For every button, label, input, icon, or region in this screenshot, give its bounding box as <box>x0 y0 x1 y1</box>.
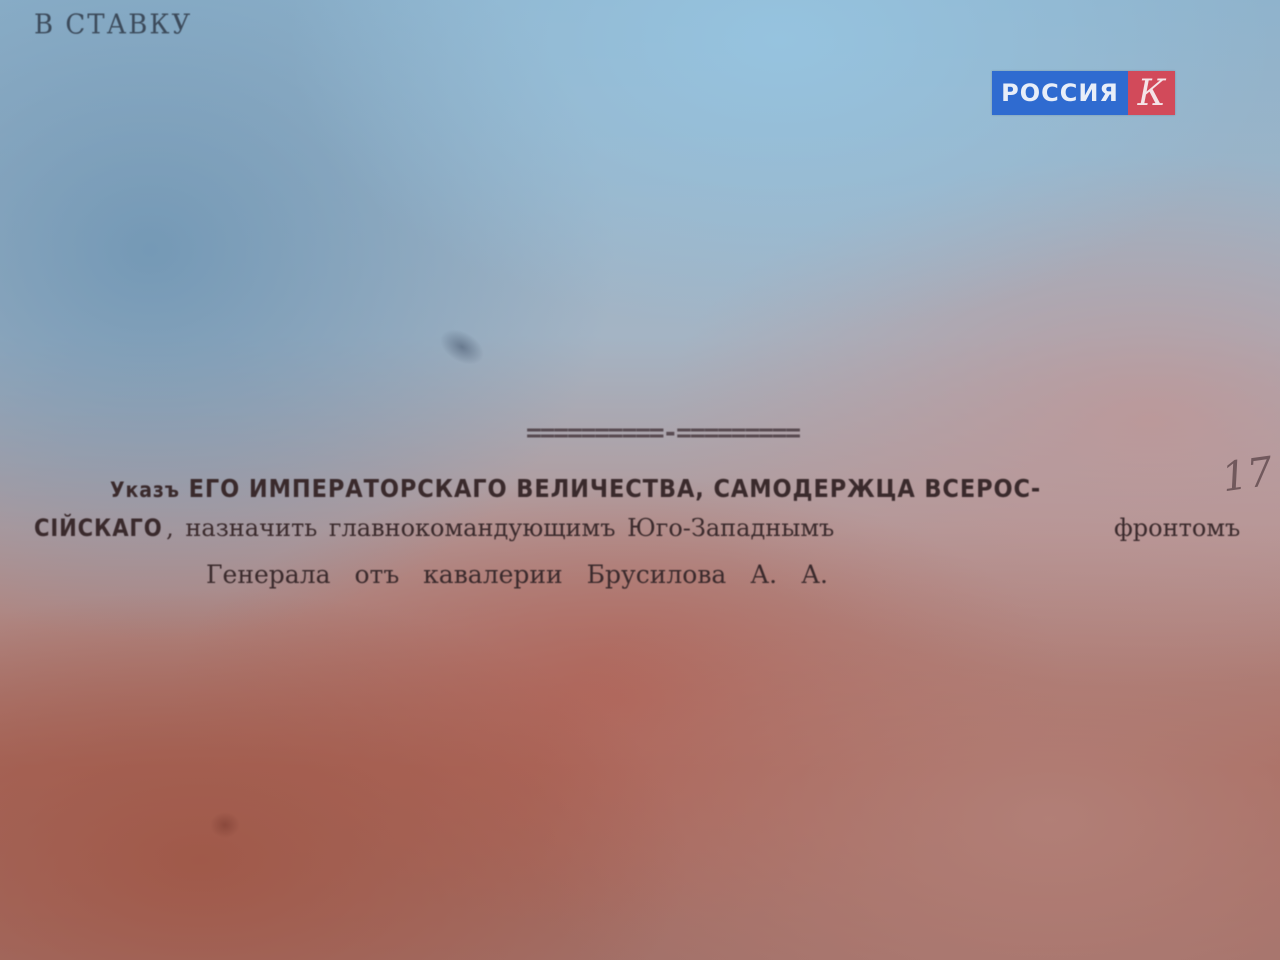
decree-front-word: фронтомъ <box>1114 514 1240 542</box>
channel-logo: РОССИЯ К <box>992 71 1175 115</box>
channel-logo-letter: К <box>1128 71 1175 115</box>
ink-smudge <box>210 812 240 838</box>
handwritten-mark: 17 <box>1219 449 1276 502</box>
decree-title-caps-continued: СІЙСКАГО <box>34 514 163 542</box>
typed-divider: ==========-========= <box>526 418 799 448</box>
decree-line-3: Генерала отъ кавалерии Брусилова А. А. <box>206 560 828 589</box>
decree-line-1: Указъ ЕГО ИМПЕРАТОРСКАГО ВЕЛИЧЕСТВА, САМ… <box>110 474 1041 503</box>
decree-line-2: СІЙСКАГО, назначить главнокомандующимъ Ю… <box>34 514 834 544</box>
decree-appointment-text: , назначить главнокомандующимъ Юго-Запад… <box>166 514 834 542</box>
header-note: В СТАВКУ <box>34 9 192 41</box>
channel-logo-name: РОССИЯ <box>992 71 1128 115</box>
decree-title-caps: ЕГО ИМПЕРАТОРСКАГО ВЕЛИЧЕСТВА, САМОДЕРЖЦ… <box>189 474 1042 503</box>
decree-lead-word: Указъ <box>110 478 180 502</box>
